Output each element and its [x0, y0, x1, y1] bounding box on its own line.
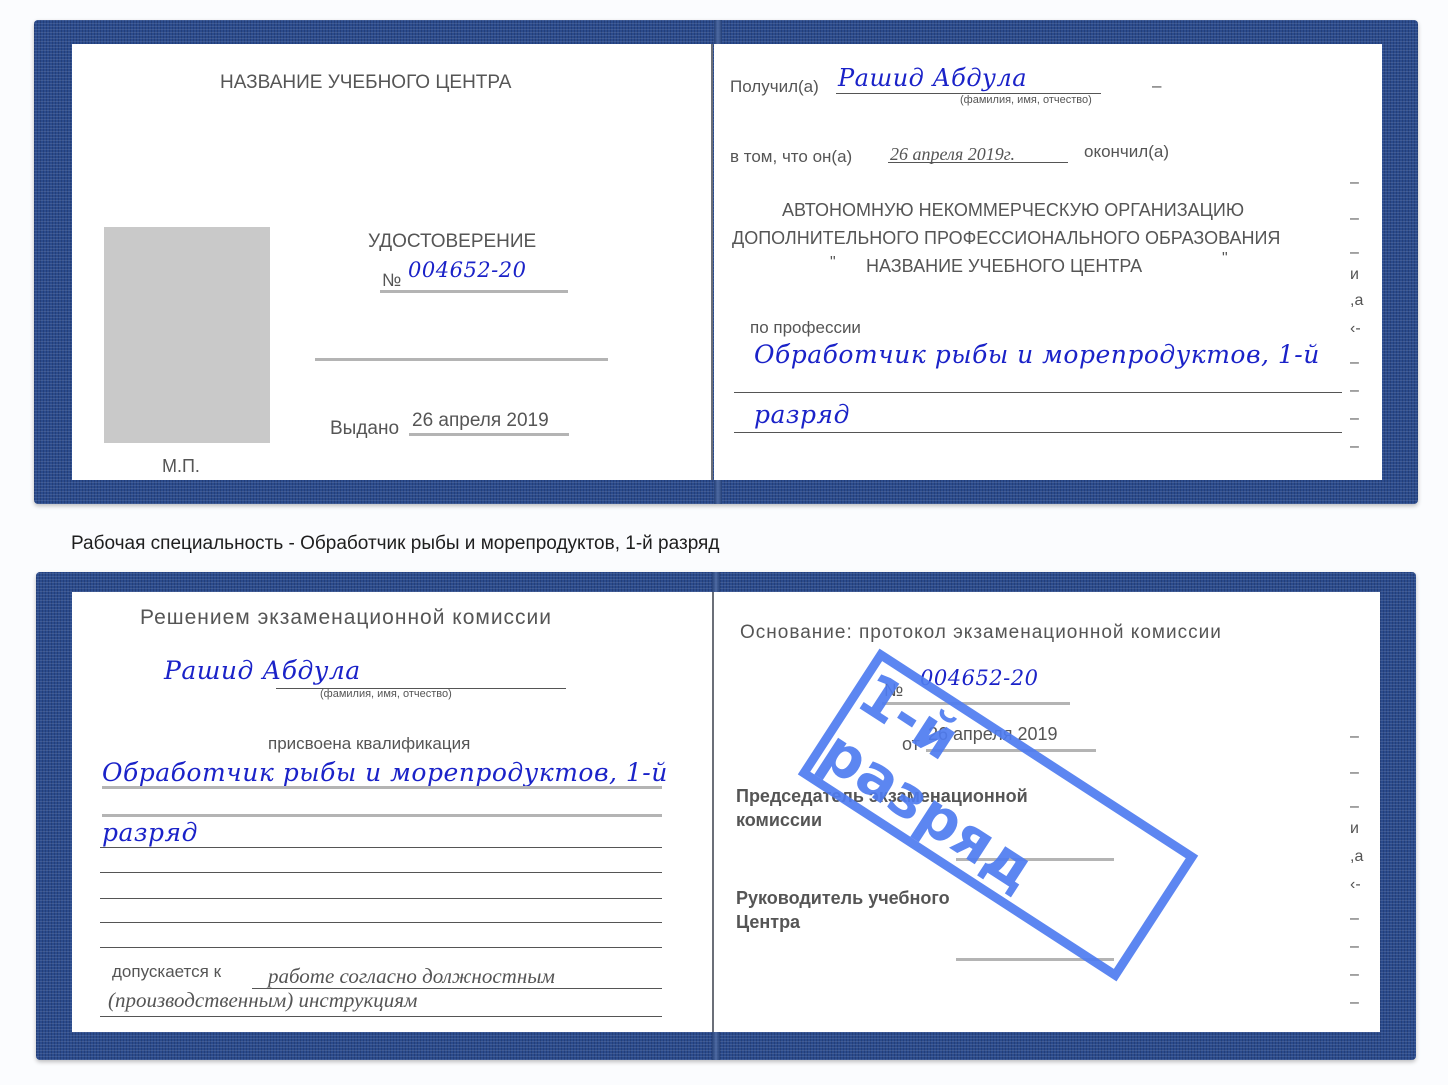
profession-label: по профессии: [750, 318, 861, 338]
org-line-1: АВТОНОМНУЮ НЕКОММЕРЧЕСКУЮ ОРГАНИЗАЦИЮ: [782, 200, 1244, 221]
basis-label: Основание: протокол экзаменационной коми…: [740, 622, 1222, 644]
issued-date: 26 апреля 2019: [412, 410, 549, 432]
document-title: УДОСТОВЕРЕНИЕ: [368, 231, 536, 253]
recipient-dash: –: [1152, 76, 1161, 96]
head-line-2: Центра: [736, 912, 800, 933]
qualification-underline-2: [102, 814, 662, 817]
specialty-caption: Рабочая специальность - Обработчик рыбы …: [71, 533, 719, 555]
seal-label: М.П.: [162, 456, 200, 477]
page-fold-top: [711, 44, 713, 480]
org-line-2: ДОПОЛНИТЕЛЬНОГО ПРОФЕССИОНАЛЬНОГО ОБРАЗО…: [732, 228, 1280, 249]
finished-label: окончил(а): [1084, 142, 1169, 162]
admitted-label: допускается к: [112, 962, 221, 982]
org-line-3: НАЗВАНИЕ УЧЕБНОГО ЦЕНТРА: [866, 256, 1142, 277]
org-quote-close: ": [1222, 250, 1228, 268]
number-label: №: [382, 270, 401, 291]
blank-line-5: [100, 947, 662, 948]
page-bottom-left: Решением экзаменационной комиссии Рашид …: [72, 592, 712, 1032]
qualification-line-2: разряд: [102, 818, 198, 847]
blank-line-1: [100, 847, 662, 848]
completion-underline: [888, 162, 1068, 163]
page-top-right: Получил(а) Рашид Абдула – (фамилия, имя,…: [714, 44, 1382, 480]
head-line-1: Руководитель учебного: [736, 888, 950, 909]
admitted-line-2: (производственным) инструкциям: [108, 988, 417, 1013]
chairman-line-2: комиссии: [736, 810, 822, 831]
fio-hint: (фамилия, имя, отчество): [960, 94, 1092, 106]
photo-placeholder: [104, 227, 270, 443]
number-underline: [380, 290, 568, 293]
org-quote-open: ": [830, 254, 836, 272]
profession-line-2: разряд: [754, 400, 850, 429]
received-label: Получил(а): [730, 77, 819, 97]
holder-name: Рашид Абдула: [164, 656, 361, 685]
blank-line-2: [100, 872, 662, 873]
fio-hint-bottom: (фамилия, имя, отчество): [320, 688, 452, 700]
training-center-name: НАЗВАНИЕ УЧЕБНОГО ЦЕНТРА: [220, 72, 512, 94]
issued-label: Выдано: [330, 418, 399, 440]
recipient-name: Рашид Абдула: [838, 64, 1027, 92]
decision-title: Решением экзаменационной комиссии: [140, 606, 552, 630]
qualification-label: присвоена квалификация: [268, 734, 470, 754]
page-top-left: НАЗВАНИЕ УЧЕБНОГО ЦЕНТРА УДОСТОВЕРЕНИЕ №…: [72, 44, 712, 480]
qualification-line-1: Обработчик рыбы и морепродуктов, 1-й: [102, 758, 668, 787]
signature-line: [315, 358, 608, 361]
certificate-number: 004652-20: [408, 258, 526, 282]
qualification-underline-1: [102, 786, 662, 789]
admitted-underline-2: [100, 1016, 662, 1017]
blank-line-3: [100, 898, 662, 899]
profession-underline-1: [734, 392, 1342, 393]
that-label: в том, что он(а): [730, 147, 852, 167]
profession-line-1: Обработчик рыбы и морепродуктов, 1-й: [754, 340, 1320, 369]
profession-underline-2: [734, 432, 1342, 433]
admitted-line-1: работе согласно должностным: [268, 964, 555, 989]
issued-underline: [409, 433, 569, 436]
blank-line-4: [100, 922, 662, 923]
